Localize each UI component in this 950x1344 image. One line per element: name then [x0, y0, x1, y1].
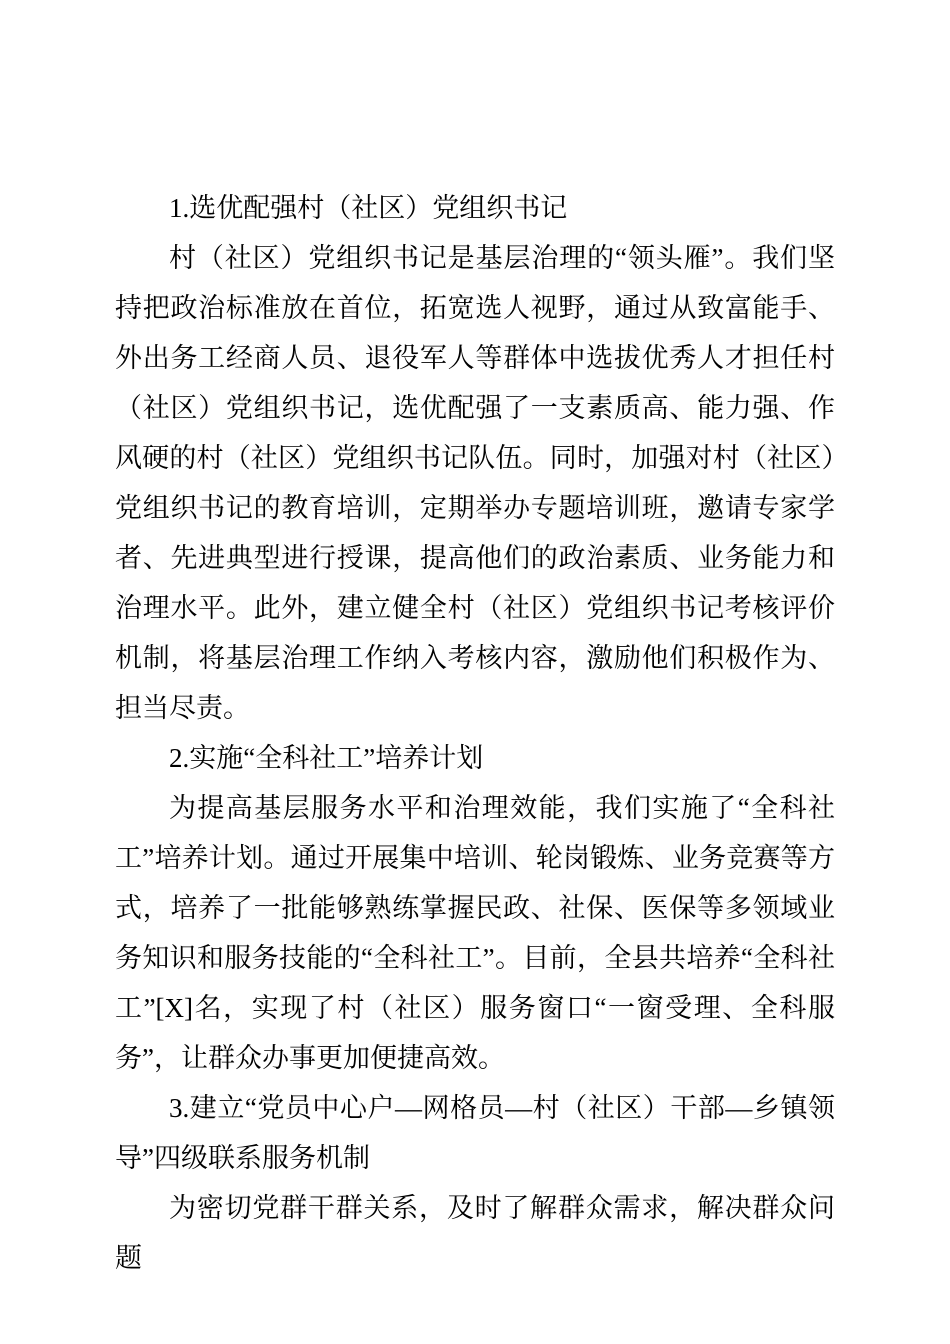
section-2-heading: 2.实施“全科社工”培养计划: [115, 733, 835, 783]
section-1-heading: 1.选优配强村（社区）党组织书记: [115, 183, 835, 233]
document-page: 1.选优配强村（社区）党组织书记村（社区）党组织书记是基层治理的“领头雁”。我们…: [0, 0, 950, 1344]
section-1-paragraph: 村（社区）党组织书记是基层治理的“领头雁”。我们坚持把政治标准放在首位，拓宽选人…: [115, 233, 835, 733]
section-2-paragraph: 为提高基层服务水平和治理效能，我们实施了“全科社工”培养计划。通过开展集中培训、…: [115, 783, 835, 1083]
section-3-heading: 3.建立“党员中心户—网格员—村（社区）干部—乡镇领导”四级联系服务机制: [115, 1083, 835, 1183]
document-body: 1.选优配强村（社区）党组织书记村（社区）党组织书记是基层治理的“领头雁”。我们…: [115, 183, 835, 1283]
section-3-paragraph: 为密切党群干群关系，及时了解群众需求，解决群众问题: [115, 1183, 835, 1283]
